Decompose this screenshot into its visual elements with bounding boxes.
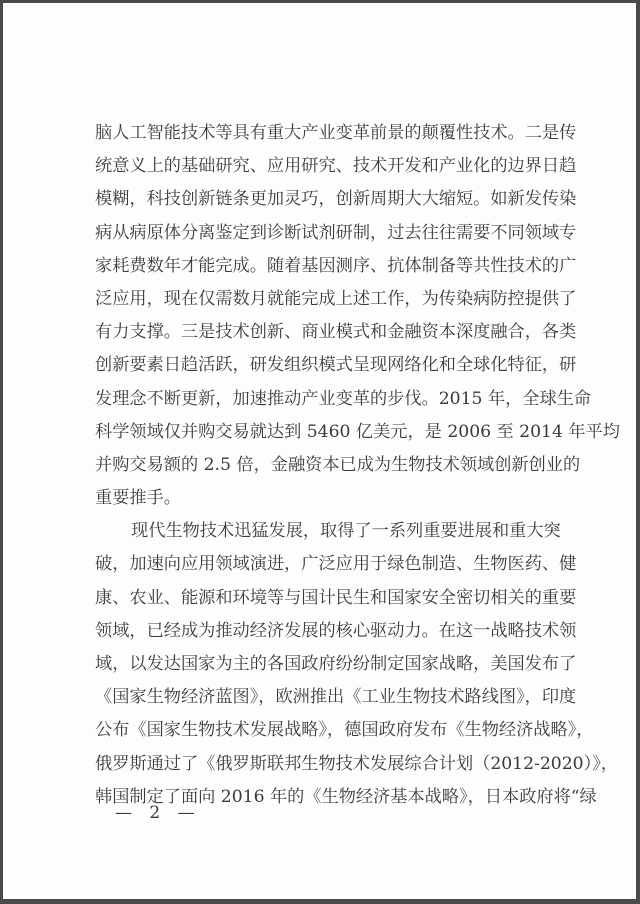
text-line: 创新要素日趋活跃，研发组织模式呈现网络化和全球化特征，研 — [95, 349, 553, 382]
text-line: 破，加速向应用领域演进，广泛应用于绿色制造、生物医药、健 — [95, 548, 553, 581]
text-line: 《国家生物经济蓝图》，欧洲推出《工业生物技术路线图》，印度 — [95, 681, 553, 714]
page-number: — 2 — — [115, 803, 201, 823]
document-page: 脑人工智能技术等具有重大产业变革前景的颠覆性技术。二是传 统意义上的基础研究、应… — [3, 3, 636, 899]
text-line: 俄罗斯通过了《俄罗斯联邦生物技术发展综合计划（2012-2020）》， — [95, 748, 553, 781]
text-line: 泛应用，现在仅需数月就能完成上述工作，为传染病防控提供了 — [95, 283, 553, 316]
text-line: 重要推手。 — [95, 482, 553, 515]
text-line: 有力支撑。三是技术创新、商业模式和金融资本深度融合，各类 — [95, 316, 553, 349]
text-line: 科学领域仅并购交易就达到 5460 亿美元，是 2006 至 2014 年平均 — [95, 416, 553, 449]
document-body: 脑人工智能技术等具有重大产业变革前景的颠覆性技术。二是传 统意义上的基础研究、应… — [95, 117, 553, 814]
text-line: 域，以发达国家为主的各国政府纷纷制定国家战略，美国发布了 — [95, 648, 553, 681]
text-line: 模糊，科技创新链条更加灵巧，创新周期大大缩短。如新发传染 — [95, 183, 553, 216]
text-line: 公布《国家生物技术发展战略》，德国政府发布《生物经济战略》， — [95, 714, 553, 747]
text-line: 病从病原体分离鉴定到诊断试剂研制，过去往往需要不同领域专 — [95, 217, 553, 250]
text-line: 家耗费数年才能完成。随着基因测序、抗体制备等共性技术的广 — [95, 250, 553, 283]
text-line: 康、农业、能源和环境等与国计民生和国家安全密切相关的重要 — [95, 582, 553, 615]
paragraph-first-line: 现代生物技术迅猛发展，取得了一系列重要进展和重大突 — [95, 515, 553, 548]
text-line: 统意义上的基础研究、应用研究、技术开发和产业化的边界日趋 — [95, 150, 553, 183]
text-line: 并购交易额的 2.5 倍，金融资本已成为生物技术领域创新创业的 — [95, 449, 553, 482]
text-line: 领域，已经成为推动经济发展的核心驱动力。在这一战略技术领 — [95, 615, 553, 648]
text-line: 脑人工智能技术等具有重大产业变革前景的颠覆性技术。二是传 — [95, 117, 553, 150]
text-line: 发理念不断更新，加速推动产业变革的步伐。2015 年，全球生命 — [95, 383, 553, 416]
